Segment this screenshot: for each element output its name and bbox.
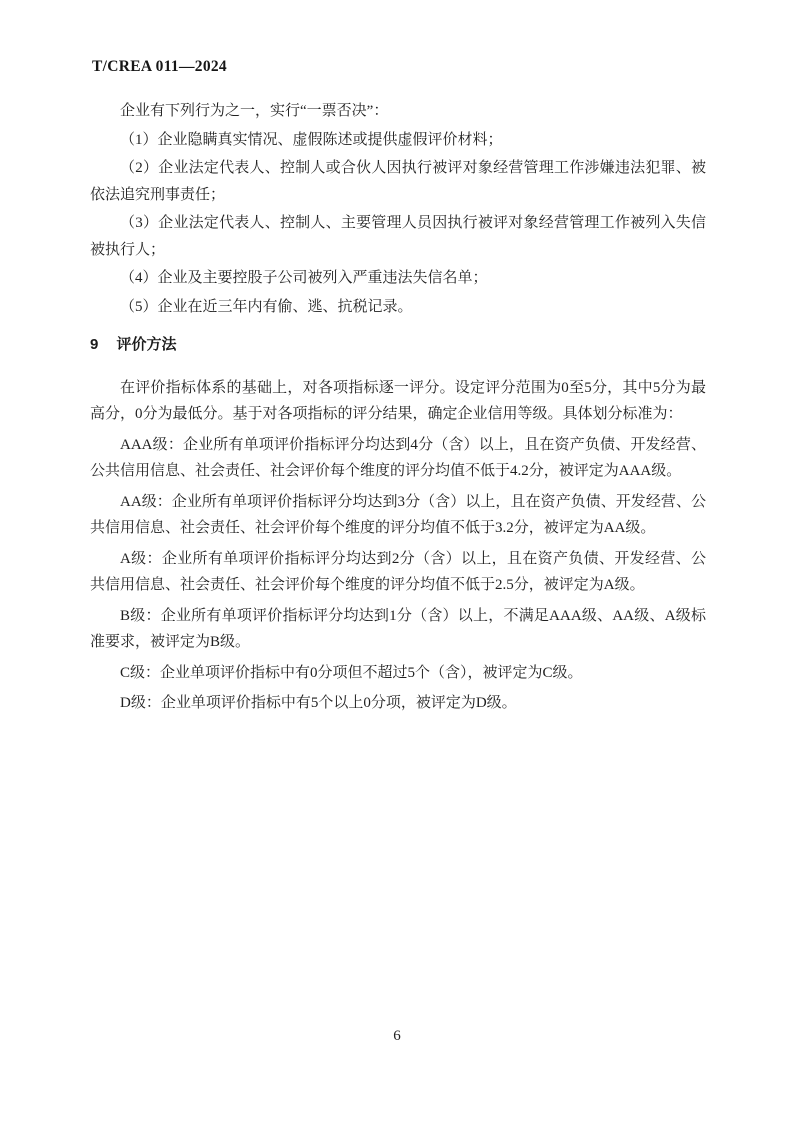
veto-intro-paragraph: 企业有下列行为之一，实行“一票否决”： [90,98,706,125]
grade-c-paragraph: C级：企业单项评价指标中有0分项但不超过5个（含），被评定为C级。 [90,660,706,687]
doc-number: T/CREA 011—2024 [92,58,227,75]
section-number: 9 [90,336,98,353]
grade-a-paragraph: A级：企业所有单项评价指标评分均达到2分（含）以上，且在资产负债、开发经营、公共… [90,546,706,599]
page-number: 6 [393,1028,401,1044]
doc-footer: 6 [0,1028,794,1045]
grade-d-paragraph: D级：企业单项评价指标中有5个以上0分项，被评定为D级。 [90,690,706,717]
doc-header: T/CREA 011—2024 [92,58,227,76]
veto-item-2: （2）企业法定代表人、控制人或合伙人因执行被评对象经营管理工作涉嫌违法犯罪、被依… [90,155,706,208]
document-page: T/CREA 011—2024 企业有下列行为之一，实行“一票否决”： （1）企… [0,0,794,1123]
method-intro-paragraph: 在评价指标体系的基础上，对各项指标逐一评分。设定评分范围为0至5分，其中5分为最… [90,375,706,428]
section-title: 评价方法 [117,336,177,353]
grade-b-paragraph: B级：企业所有单项评价指标评分均达到1分（含）以上，不满足AAA级、AA级、A级… [90,603,706,656]
veto-item-4: （4）企业及主要控股子公司被列入严重违法失信名单； [90,265,706,292]
grade-aa-paragraph: AA级：企业所有单项评价指标评分均达到3分（含）以上，且在资产负债、开发经营、公… [90,489,706,542]
grade-aaa-paragraph: AAA级：企业所有单项评价指标评分均达到4分（含）以上，且在资产负债、开发经营、… [90,432,706,485]
section-heading: 9 评价方法 [90,332,706,359]
document-body: 企业有下列行为之一，实行“一票否决”： （1）企业隐瞒真实情况、虚假陈述或提供虚… [90,98,706,717]
veto-item-3: （3）企业法定代表人、控制人、主要管理人员因执行被评对象经营管理工作被列入失信被… [90,210,706,263]
veto-item-5: （5）企业在近三年内有偷、逃、抗税记录。 [90,294,706,321]
veto-item-1: （1）企业隐瞒真实情况、虚假陈述或提供虚假评价材料； [90,127,706,154]
